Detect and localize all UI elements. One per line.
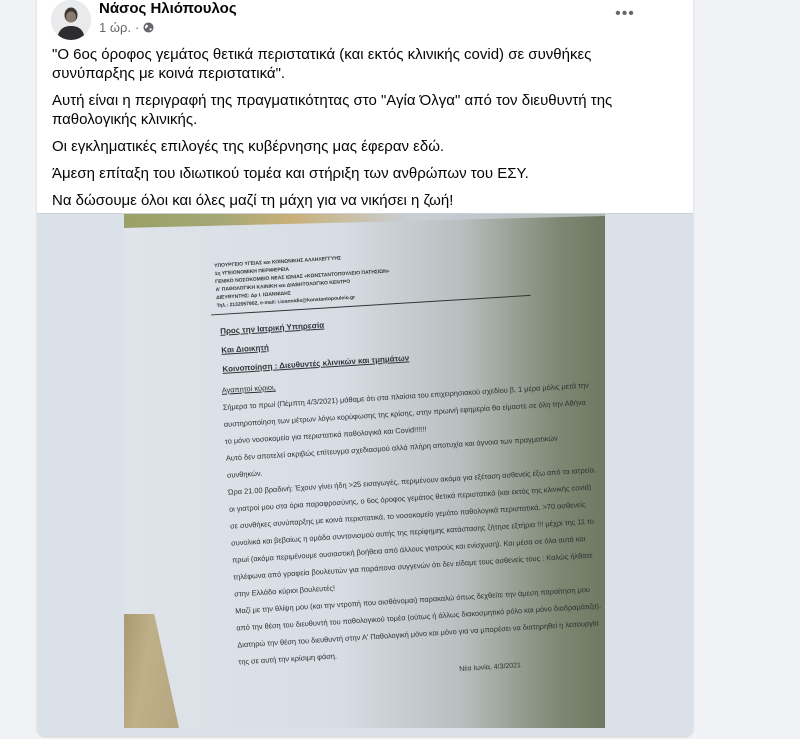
photo-background-strip	[124, 214, 605, 228]
person-photo-icon	[51, 0, 91, 40]
letter-paragraph: Ώρα 21.00 βραδινή: Έχουν γίνει ήδη >25 ε…	[227, 461, 604, 602]
post-text: "Ο 6ος όροφος γεμάτος θετικά περιστατικά…	[52, 45, 672, 218]
post-media[interactable]: ΥΠΟΥΡΓΕΙΟ ΥΓΕΙΑΣ και ΚΟΙΝΩΝΙΚΗΣ ΑΛΛΗΛΕΓΓ…	[37, 213, 693, 736]
post-card: Νάσος Ηλιόπουλος 1 ώρ. · ••• "Ο 6ος όροφ…	[37, 0, 693, 736]
post-paragraph: Να δώσουμε όλοι και όλες μαζί τη μάχη γι…	[52, 191, 672, 210]
meta-separator: ·	[135, 20, 139, 35]
letter-header: ΥΠΟΥΡΓΕΙΟ ΥΓΕΙΑΣ και ΚΟΙΝΩΝΙΚΗΣ ΑΛΛΗΛΕΓΓ…	[214, 237, 605, 310]
post-paragraph: "Ο 6ος όροφος γεμάτος θετικά περιστατικά…	[52, 45, 672, 83]
author-avatar[interactable]	[51, 0, 91, 40]
more-options-button[interactable]: •••	[607, 0, 643, 28]
letter-document: ΥΠΟΥΡΓΕΙΟ ΥΓΕΙΑΣ και ΚΟΙΝΩΝΙΚΗΣ ΑΛΛΗΛΕΓΓ…	[184, 237, 605, 691]
post-meta: 1 ώρ. ·	[99, 20, 154, 35]
letter-body: Αγαπητοί κύριοι, Σήμερα το πρωί (Πέμπτη …	[221, 359, 605, 670]
post-header: Νάσος Ηλιόπουλος 1 ώρ. · •••	[37, 0, 693, 37]
post-paragraph: Άμεση επίταξη του ιδιωτικού τομέα και στ…	[52, 164, 672, 183]
post-timestamp[interactable]: 1 ώρ.	[99, 20, 131, 35]
author-name[interactable]: Νάσος Ηλιόπουλος	[99, 0, 237, 17]
document-photo[interactable]: ΥΠΟΥΡΓΕΙΟ ΥΓΕΙΑΣ και ΚΟΙΝΩΝΙΚΗΣ ΑΛΛΗΛΕΓΓ…	[124, 214, 605, 728]
photo-tape	[124, 614, 179, 728]
post-paragraph: Οι εγκληματικές επιλογές της κυβέρνησης …	[52, 137, 672, 156]
post-paragraph: Αυτή είναι η περιγραφή της πραγματικότητ…	[52, 91, 672, 129]
globe-icon[interactable]	[143, 22, 154, 33]
